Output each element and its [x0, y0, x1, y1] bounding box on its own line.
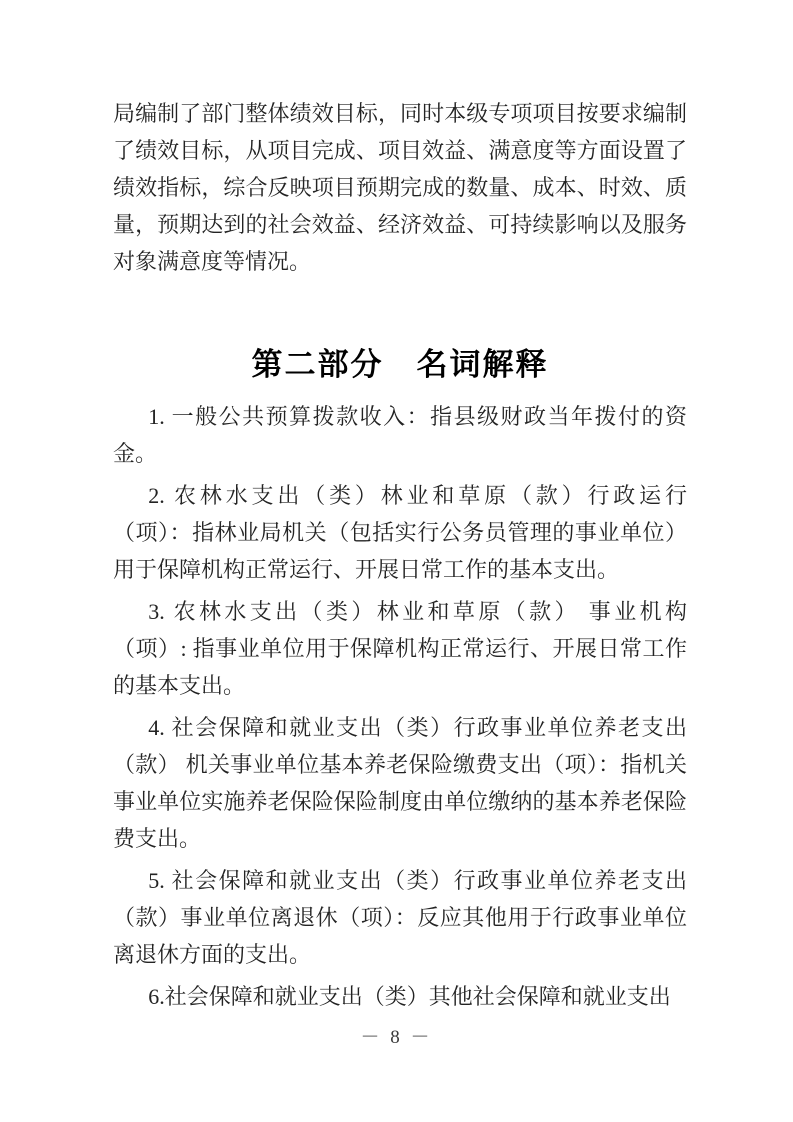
definition-item-5: 5. 社会保障和就业支出（类）行政事业单位养老支出（款）事业单位离退休（项）：反…	[113, 862, 687, 973]
page-footer-number: － 8 －	[0, 1026, 793, 1050]
definition-item-4: 4. 社会保障和就业支出（类）行政事业单位养老支出（款） 机关事业单位基本养老保…	[113, 709, 687, 857]
definition-item-1: 1. 一般公共预算拨款收入：指县级财政当年拨付的资金。	[113, 398, 687, 472]
definition-item-6: 6.社会保障和就业支出（类）其他社会保障和就业支出	[113, 978, 687, 1015]
page-content: 局编制了部门整体绩效目标，同时本级专项项目按要求编制了绩效目标，从项目完成、项目…	[113, 95, 687, 1020]
section-heading: 第二部分 名词解释	[113, 344, 687, 386]
definition-item-2: 2. 农林水支出（类）林业和草原（款）行政运行（项）：指林业局机关（包括实行公务…	[113, 477, 687, 588]
document-page: 局编制了部门整体绩效目标，同时本级专项项目按要求编制了绩效目标，从项目完成、项目…	[0, 0, 793, 1122]
continuation-paragraph: 局编制了部门整体绩效目标，同时本级专项项目按要求编制了绩效目标，从项目完成、项目…	[113, 95, 687, 280]
definition-item-3: 3. 农林水支出（类）林业和草原（款） 事业机构（项）: 指事业单位用于保障机构…	[113, 593, 687, 704]
